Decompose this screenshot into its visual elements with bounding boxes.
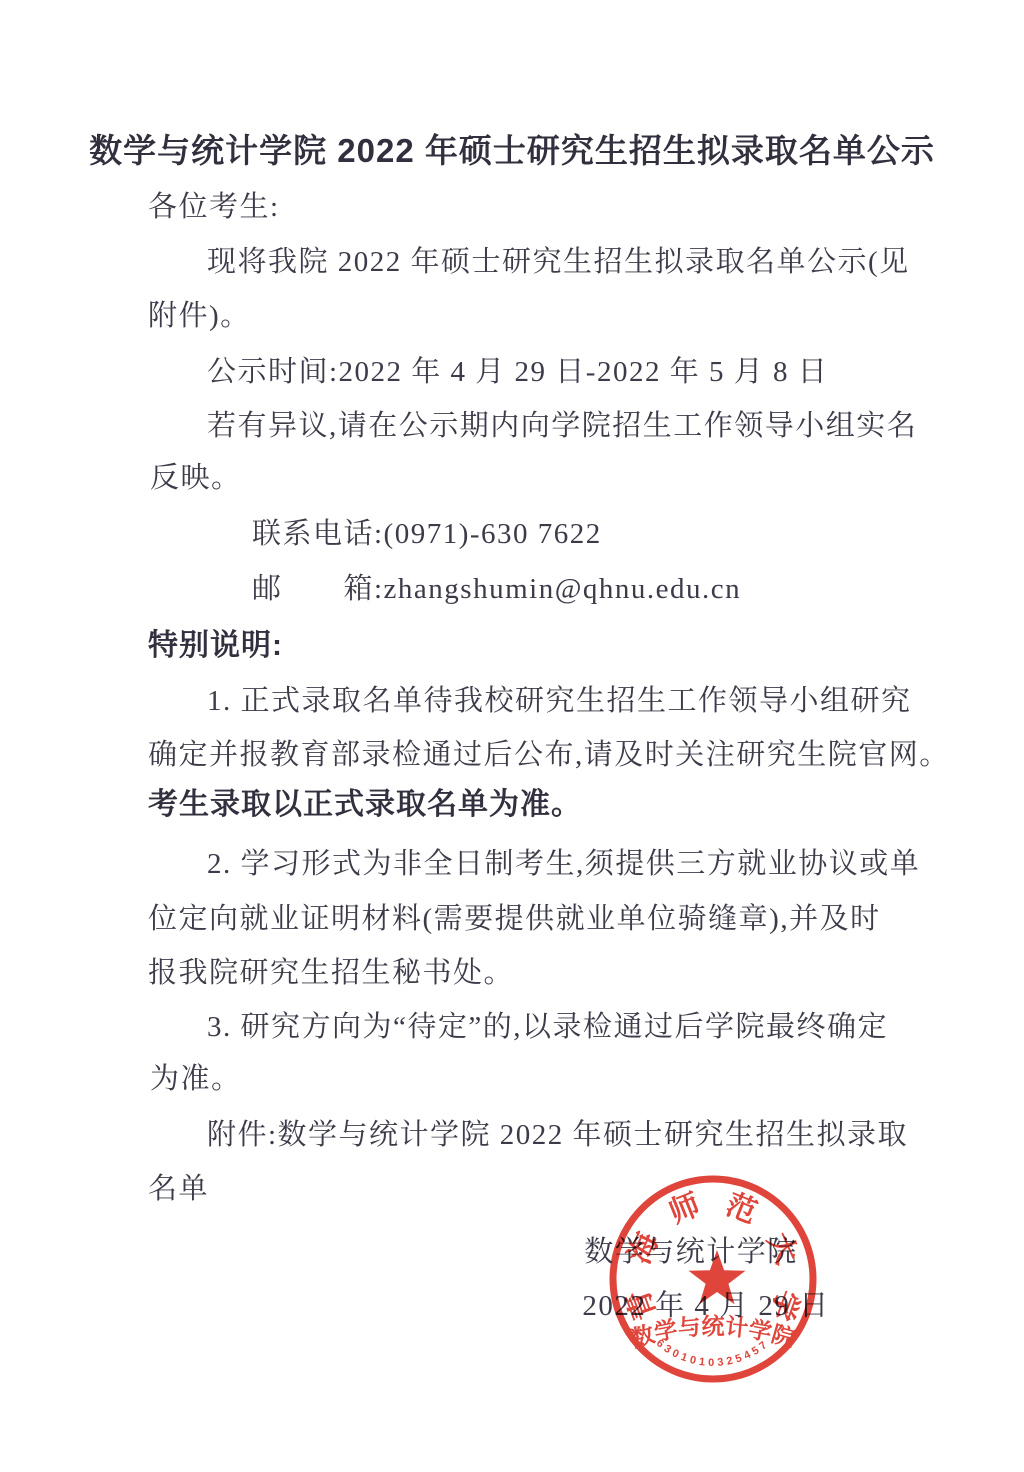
doc-title: 数学与统计学院 2022 年硕士研究生招生拟录取名单公示 (0, 133, 1024, 169)
signature-date: 2022 年 4 月 29 日 (582, 1291, 829, 1322)
note1-line-2: 确定并报教育部录检通过后公布,请及时关注研究生院官网。 (148, 740, 950, 771)
note1-line-1: 1. 正式录取名单待我校研究生招生工作领导小组研究 (207, 686, 912, 717)
note2-line-2: 位定向就业证明材料(需要提供就业单位骑缝章),并及时 (148, 904, 881, 935)
stamp-university-arc-char: 师 (665, 1188, 705, 1230)
stamp-ring (613, 1179, 813, 1379)
official-stamp: 青 海 师 范 大 学 数学与统计学院 6301010325457 (606, 1172, 818, 1384)
objection-line-2: 反映。 (150, 463, 242, 494)
contact-email-line: 邮 箱:zhangshumin@qhnu.edu.cn (252, 574, 741, 605)
attachment-line-1: 附件:数学与统计学院 2022 年硕士研究生招生拟录取 (207, 1120, 908, 1151)
objection-line-1: 若有异议,请在公示期内向学院招生工作领导小组实名 (207, 411, 917, 442)
document-page: 数学与统计学院 2022 年硕士研究生招生拟录取名单公示 各位考生: 现将我院 … (0, 0, 1024, 1472)
special-notes-heading: 特别说明: (148, 630, 283, 662)
stamp-university-arc-char: 范 (721, 1188, 761, 1230)
note3-line-1: 3. 研究方向为“待定”的,以录检通过后学院最终确定 (207, 1012, 888, 1043)
stamp-serial-number: 6301010325457 (654, 1337, 772, 1369)
attachment-line-2: 名单 (148, 1174, 209, 1205)
intro-line-2: 附件)。 (148, 301, 251, 332)
note3-line-2: 为准。 (150, 1064, 242, 1095)
salutation: 各位考生: (148, 192, 280, 223)
svg-text:6301010325457: 6301010325457 (654, 1337, 772, 1369)
note1-line-3-bold: 考生录取以正式录取名单为准。 (148, 789, 582, 821)
intro-line-1: 现将我院 2022 年硕士研究生招生拟录取名单公示(见 (207, 247, 910, 278)
note2-line-1: 2. 学习形式为非全日制考生,须提供三方就业协议或单 (207, 849, 920, 880)
signature-department: 数学与统计学院 (584, 1237, 798, 1268)
note2-line-3: 报我院研究生招生秘书处。 (148, 958, 514, 989)
publicity-period-line: 公示时间:2022 年 4 月 29 日-2022 年 5 月 8 日 (207, 357, 828, 388)
contact-phone-line: 联系电话:(0971)-630 7622 (252, 519, 602, 550)
